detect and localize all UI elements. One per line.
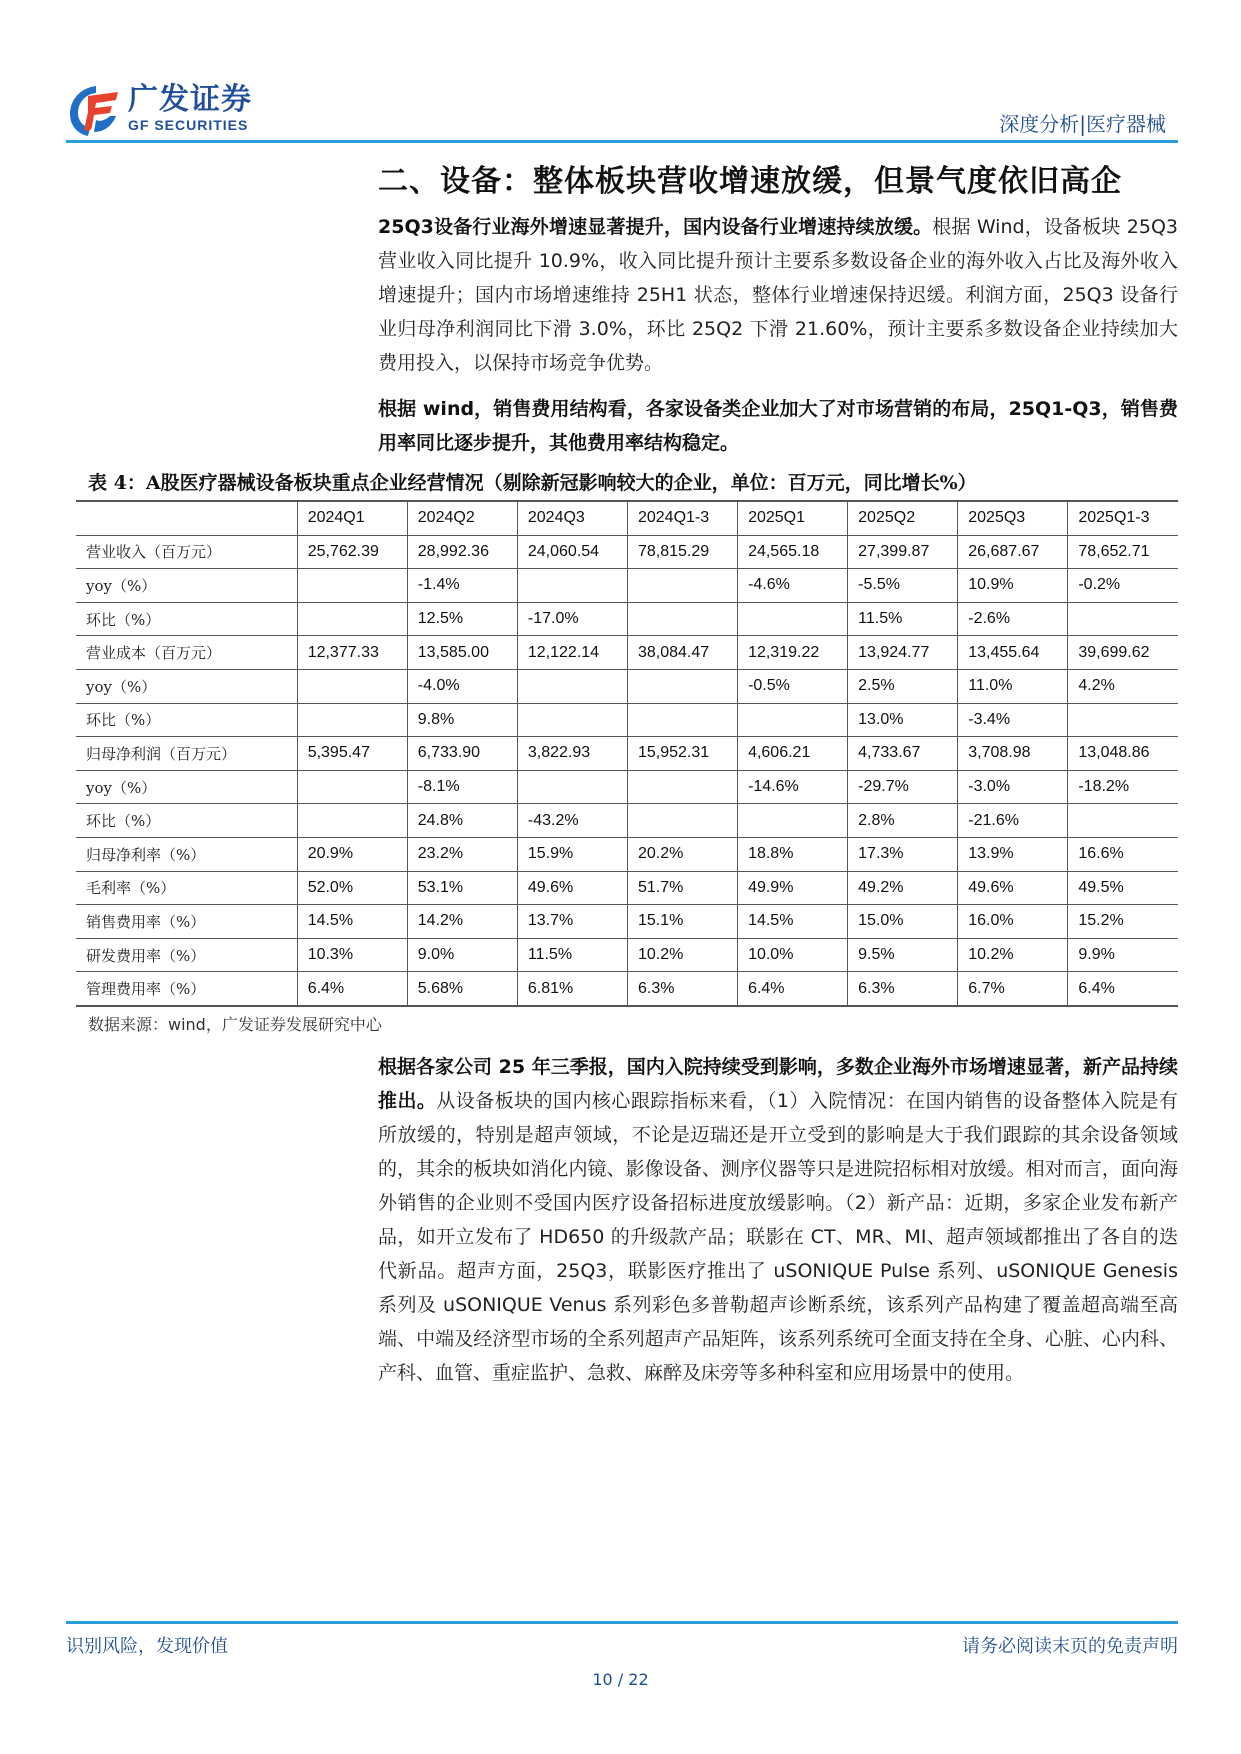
footer-disclaimer-link[interactable]: 请务必阅读末页的免责声明 — [962, 1632, 1178, 1658]
table-cell — [297, 669, 407, 703]
table-cell: 6.4% — [297, 972, 407, 1006]
table-cell — [517, 703, 627, 737]
row-label: 销售费用率（%） — [76, 905, 297, 939]
table-cell: 11.5% — [517, 938, 627, 972]
table-cell: -43.2% — [517, 804, 627, 838]
table-cell: 13,585.00 — [407, 636, 517, 670]
page-header: 广发证券 GF SECURITIES 深度分析|医疗器械 — [66, 80, 1176, 150]
table-cell — [297, 569, 407, 603]
column-header: 2024Q1-3 — [627, 501, 737, 535]
table-row: 环比（%）24.8%-43.2%2.8%-21.6% — [76, 804, 1178, 838]
table-cell: 10.2% — [627, 938, 737, 972]
table-cell — [297, 703, 407, 737]
table-cell: -17.0% — [517, 602, 627, 636]
table-cell: 49.5% — [1068, 871, 1178, 905]
paragraph-q3-report: 根据各家公司 25 年三季报，国内入院持续受到影响，多数企业海外市场增速显著，新… — [378, 1050, 1178, 1390]
table-cell: 52.0% — [297, 871, 407, 905]
table-cell: 4.2% — [1068, 669, 1178, 703]
table-cell: 2.8% — [848, 804, 958, 838]
logo-chinese-name: 广发证券 — [128, 82, 252, 118]
table-cell: 15.0% — [848, 905, 958, 939]
table-cell: -0.5% — [738, 669, 848, 703]
table-cell: 9.9% — [1068, 938, 1178, 972]
page-number: 10 / 22 — [0, 1670, 1241, 1689]
table-row: yoy（%）-8.1%-14.6%-29.7%-3.0%-18.2% — [76, 770, 1178, 804]
table-cell: 49.2% — [848, 871, 958, 905]
table-cell: 24,060.54 — [517, 535, 627, 569]
paragraph-lead: 根据 wind，销售费用结构看，各家设备类企业加大了对市场营销的布局，25Q1-… — [378, 398, 1178, 454]
table-cell: 13,455.64 — [958, 636, 1068, 670]
column-header — [76, 501, 297, 535]
table-row: 归母净利率（%）20.9%23.2%15.9%20.2%18.8%17.3%13… — [76, 837, 1178, 871]
table-row: 归母净利润（百万元）5,395.476,733.903,822.9315,952… — [76, 737, 1178, 771]
table-cell: 13.0% — [848, 703, 958, 737]
row-label: 毛利率（%） — [76, 871, 297, 905]
table-cell: 14.2% — [407, 905, 517, 939]
table-cell: 11.0% — [958, 669, 1068, 703]
table-cell: 10.9% — [958, 569, 1068, 603]
table-cell: 5,395.47 — [297, 737, 407, 771]
table-cell: 4,606.21 — [738, 737, 848, 771]
table-cell: 15.1% — [627, 905, 737, 939]
company-logo: 广发证券 GF SECURITIES — [66, 82, 252, 138]
table-cell: 10.0% — [738, 938, 848, 972]
table-row: 营业收入（百万元）25,762.3928,992.3624,060.5478,8… — [76, 535, 1178, 569]
table-cell: 24.8% — [407, 804, 517, 838]
table-row: 研发费用率（%）10.3%9.0%11.5%10.2%10.0%9.5%10.2… — [76, 938, 1178, 972]
table-cell: -8.1% — [407, 770, 517, 804]
table-cell: 38,084.47 — [627, 636, 737, 670]
footer-slogan: 识别风险，发现价值 — [66, 1632, 228, 1658]
table-cell: -3.4% — [958, 703, 1068, 737]
table-cell — [517, 569, 627, 603]
column-header: 2025Q1-3 — [1068, 501, 1178, 535]
table-cell: 14.5% — [297, 905, 407, 939]
table-row: 营业成本（百万元）12,377.3313,585.0012,122.1438,0… — [76, 636, 1178, 670]
table-row: 销售费用率（%）14.5%14.2%13.7%15.1%14.5%15.0%16… — [76, 905, 1178, 939]
row-label: 环比（%） — [76, 703, 297, 737]
paragraph-body: 从设备板块的国内核心跟踪指标来看，（1）入院情况：在国内销售的设备整体入院是有所… — [378, 1090, 1178, 1384]
table-cell — [627, 669, 737, 703]
table-cell: 6,733.90 — [407, 737, 517, 771]
column-header: 2025Q1 — [738, 501, 848, 535]
table-cell: -2.6% — [958, 602, 1068, 636]
column-header: 2025Q2 — [848, 501, 958, 535]
table-cell: 6.3% — [627, 972, 737, 1006]
table-cell: 12,122.14 — [517, 636, 627, 670]
table-cell — [627, 804, 737, 838]
table-cell: 14.5% — [738, 905, 848, 939]
table-cell: 51.7% — [627, 871, 737, 905]
table-cell — [1068, 602, 1178, 636]
logo-english-name: GF SECURITIES — [128, 118, 252, 132]
table-cell: 13.9% — [958, 837, 1068, 871]
table-cell: 49.6% — [517, 871, 627, 905]
table-cell: -4.0% — [407, 669, 517, 703]
section-title: 二、设备：整体板块营收增速放缓，但景气度依旧高企 — [378, 156, 1122, 200]
table-cell: 5.68% — [407, 972, 517, 1006]
row-label: 营业成本（百万元） — [76, 636, 297, 670]
table-cell: 15.2% — [1068, 905, 1178, 939]
table-cell: 9.0% — [407, 938, 517, 972]
table-cell: 9.8% — [407, 703, 517, 737]
table-cell: 23.2% — [407, 837, 517, 871]
table-cell: 18.8% — [738, 837, 848, 871]
table-row: 管理费用率（%）6.4%5.68%6.81%6.3%6.4%6.3%6.7%6.… — [76, 972, 1178, 1006]
table-cell: 78,815.29 — [627, 535, 737, 569]
row-label: 归母净利润（百万元） — [76, 737, 297, 771]
table-cell: -5.5% — [848, 569, 958, 603]
table-cell: 49.6% — [958, 871, 1068, 905]
row-label: 研发费用率（%） — [76, 938, 297, 972]
table-cell — [1068, 703, 1178, 737]
table-cell: 15.9% — [517, 837, 627, 871]
table-cell: 49.9% — [738, 871, 848, 905]
table-cell: 15,952.31 — [627, 737, 737, 771]
table-cell — [297, 602, 407, 636]
table-row: yoy（%）-1.4%-4.6%-5.5%10.9%-0.2% — [76, 569, 1178, 603]
column-header: 2025Q3 — [958, 501, 1068, 535]
table-cell: 28,992.36 — [407, 535, 517, 569]
table-cell: 10.2% — [958, 938, 1068, 972]
table-cell: 20.2% — [627, 837, 737, 871]
table-cell: -4.6% — [738, 569, 848, 603]
table-cell: 26,687.67 — [958, 535, 1068, 569]
report-category: 深度分析|医疗器械 — [999, 108, 1166, 137]
header-divider — [66, 140, 1178, 143]
table-cell — [627, 602, 737, 636]
table-cell: 13.7% — [517, 905, 627, 939]
table-cell: -29.7% — [848, 770, 958, 804]
table-cell: 6.4% — [1068, 972, 1178, 1006]
table-cell — [738, 703, 848, 737]
table-cell: 12,319.22 — [738, 636, 848, 670]
table-cell: 6.4% — [738, 972, 848, 1006]
paragraph-sales-expense: 根据 wind，销售费用结构看，各家设备类企业加大了对市场营销的布局，25Q1-… — [378, 392, 1178, 460]
table-cell: 12,377.33 — [297, 636, 407, 670]
table-cell — [517, 770, 627, 804]
table-cell — [738, 602, 848, 636]
table-cell: 11.5% — [848, 602, 958, 636]
table-cell: 13,924.77 — [848, 636, 958, 670]
table-cell: 16.6% — [1068, 837, 1178, 871]
column-header: 2024Q1 — [297, 501, 407, 535]
row-label: 管理费用率（%） — [76, 972, 297, 1006]
table-cell: 3,822.93 — [517, 737, 627, 771]
equipment-financials-table: 2024Q1 2024Q2 2024Q3 2024Q1-3 2025Q1 202… — [76, 500, 1178, 1007]
table-cell: 3,708.98 — [958, 737, 1068, 771]
table-cell: 6.81% — [517, 972, 627, 1006]
column-header: 2024Q2 — [407, 501, 517, 535]
table-cell: -1.4% — [407, 569, 517, 603]
table-cell — [297, 804, 407, 838]
table-cell — [517, 669, 627, 703]
paragraph-lead: 25Q3设备行业海外增速显著提升，国内设备行业增速持续放缓。 — [378, 216, 932, 238]
table-cell: 53.1% — [407, 871, 517, 905]
table-row: 环比（%）12.5%-17.0%11.5%-2.6% — [76, 602, 1178, 636]
table-cell — [1068, 804, 1178, 838]
data-source-note: 数据来源：wind，广发证券发展研究中心 — [88, 1012, 382, 1035]
column-header: 2024Q3 — [517, 501, 627, 535]
table-header-row: 2024Q1 2024Q2 2024Q3 2024Q1-3 2025Q1 202… — [76, 501, 1178, 535]
table-cell — [297, 770, 407, 804]
table-cell: 12.5% — [407, 602, 517, 636]
table-cell: -18.2% — [1068, 770, 1178, 804]
paragraph-body: 根据 Wind，设备板块 25Q3 营业收入同比提升 10.9%，收入同比提升预… — [378, 216, 1178, 374]
table-cell: -0.2% — [1068, 569, 1178, 603]
row-label: yoy（%） — [76, 569, 297, 603]
table-cell: 4,733.67 — [848, 737, 958, 771]
row-label: 环比（%） — [76, 804, 297, 838]
table-cell: 27,399.87 — [848, 535, 958, 569]
table-cell: -3.0% — [958, 770, 1068, 804]
row-label: yoy（%） — [76, 770, 297, 804]
table-cell: -21.6% — [958, 804, 1068, 838]
table-caption: 表 4：A股医疗器械设备板块重点企业经营情况（剔除新冠影响较大的企业，单位：百万… — [88, 468, 977, 495]
table-cell — [627, 703, 737, 737]
table-cell: 9.5% — [848, 938, 958, 972]
table-row: 环比（%）9.8%13.0%-3.4% — [76, 703, 1178, 737]
footer-divider — [66, 1621, 1178, 1624]
row-label: 环比（%） — [76, 602, 297, 636]
row-label: 营业收入（百万元） — [76, 535, 297, 569]
table-cell: 78,652.71 — [1068, 535, 1178, 569]
table-cell: 6.3% — [848, 972, 958, 1006]
table-cell — [627, 770, 737, 804]
table-cell: 2.5% — [848, 669, 958, 703]
row-label: 归母净利率（%） — [76, 837, 297, 871]
table-cell: 17.3% — [848, 837, 958, 871]
table-cell: 6.7% — [958, 972, 1068, 1006]
gf-logo-icon — [66, 82, 122, 138]
table-cell: 24,565.18 — [738, 535, 848, 569]
paragraph-overview: 25Q3设备行业海外增速显著提升，国内设备行业增速持续放缓。根据 Wind，设备… — [378, 210, 1178, 380]
table-row: yoy（%）-4.0%-0.5%2.5%11.0%4.2% — [76, 669, 1178, 703]
table-cell: 10.3% — [297, 938, 407, 972]
table-row: 毛利率（%）52.0%53.1%49.6%51.7%49.9%49.2%49.6… — [76, 871, 1178, 905]
table-cell: 20.9% — [297, 837, 407, 871]
table-cell — [738, 804, 848, 838]
table-cell — [627, 569, 737, 603]
row-label: yoy（%） — [76, 669, 297, 703]
table-cell: 39,699.62 — [1068, 636, 1178, 670]
table-cell: 16.0% — [958, 905, 1068, 939]
table-cell: 25,762.39 — [297, 535, 407, 569]
table-cell: 13,048.86 — [1068, 737, 1178, 771]
table-cell: -14.6% — [738, 770, 848, 804]
